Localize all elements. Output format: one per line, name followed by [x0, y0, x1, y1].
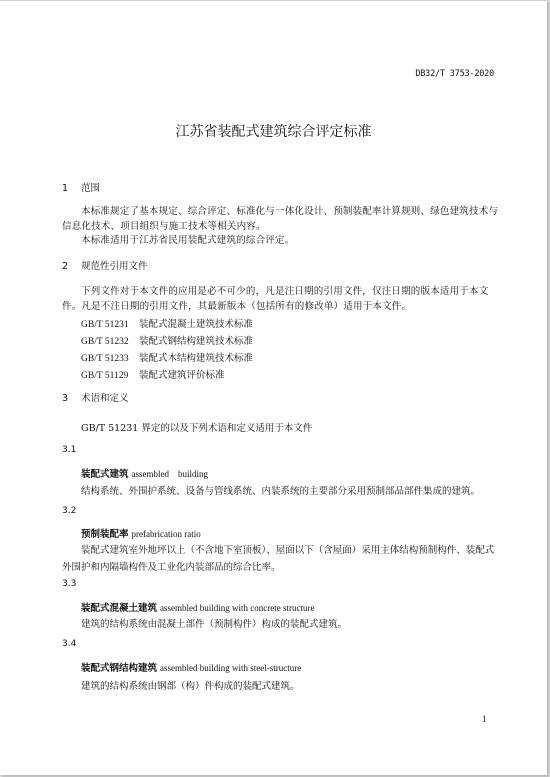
- term-en: assembled building with steel-structure: [160, 663, 301, 673]
- reference-code: GB/T 51232: [81, 337, 139, 347]
- reference-code: GB/T 51233: [81, 354, 139, 364]
- section-1-paragraph-1: 本标准规定了基本规定、综合评定、标准化与一体化设计、预制装配率计算规则、绿色建筑…: [62, 204, 502, 234]
- term-number: 3.1: [62, 445, 76, 455]
- standard-code: DB32/T 3753-2020: [415, 69, 494, 79]
- reference-code: GB/T 51231: [81, 320, 139, 330]
- section-1-paragraph-2: 本标准适用于江苏省民用装配式建筑的综合评定。: [62, 233, 502, 248]
- term-definition: 建筑的结构系统由混凝土部件（预制构件）构成的装配式建筑。: [62, 616, 502, 633]
- term-zh: 装配式建筑: [81, 469, 129, 480]
- term-heading: 装配式建筑assembled building: [81, 466, 208, 480]
- reference-item: GB/T 51233装配式木结构建筑技术标准: [81, 350, 253, 364]
- term-number: 3.2: [62, 506, 76, 516]
- term-definition: 建筑的结构系统由钢部（构）件构成的装配式建筑。: [62, 678, 502, 695]
- section-title: 术语和定义: [81, 393, 129, 404]
- section-number: 1: [62, 183, 81, 194]
- section-1-heading: 1范围: [62, 180, 100, 194]
- term-heading: 装配式钢结构建筑assembled building with steel-st…: [81, 660, 301, 674]
- term-definition: 装配式建筑室外地坪以上（不含地下室顶板）、屋面以下（含屋面）采用主体结构预制构件…: [62, 542, 502, 576]
- term-zh: 装配式混凝土建筑: [81, 603, 157, 614]
- reference-item: GB/T 51232装配式钢结构建筑技术标准: [81, 333, 253, 347]
- term-heading: 预制装配率prefabrication ratio: [81, 526, 201, 540]
- page-number: 1: [482, 714, 487, 724]
- section-2-paragraph-1: 下列文件对于本文件的应用是必不可少的，凡是注日期的引用文件，仅注日期的版本适用于…: [62, 284, 502, 314]
- term-en: prefabrication ratio: [132, 529, 201, 539]
- term-en: assembled building: [132, 469, 209, 479]
- section-2-heading: 2规范性引用文件: [62, 258, 148, 272]
- term-zh: 预制装配率: [81, 529, 129, 540]
- reference-name: 装配式混凝土建筑技术标准: [139, 319, 253, 330]
- term-definition: 结构系统、外围护系统、设备与管线系统、内装系统的主要部分采用预制部品部件集成的建…: [62, 483, 502, 500]
- term-number: 3.4: [62, 639, 76, 649]
- document-page: DB32/T 3753-2020 江苏省装配式建筑综合评定标准 1范围 本标准规…: [0, 0, 547, 775]
- reference-name: 装配式钢结构建筑技术标准: [139, 336, 253, 347]
- section-title: 范围: [81, 183, 100, 194]
- section-title: 规范性引用文件: [81, 261, 148, 272]
- section-3-intro: GB/T 51231 界定的以及下列术语和定义适用于本文件: [81, 420, 312, 434]
- reference-item: GB/T 51129装配式建筑评价标准: [81, 367, 225, 381]
- reference-name: 装配式木结构建筑技术标准: [139, 353, 253, 364]
- term-heading: 装配式混凝土建筑assembled building with concrete…: [81, 600, 314, 614]
- section-number: 3: [62, 393, 81, 404]
- term-en: assembled building with concrete structu…: [160, 603, 314, 613]
- section-3-heading: 3术语和定义: [62, 390, 129, 404]
- reference-item: GB/T 51231装配式混凝土建筑技术标准: [81, 316, 253, 330]
- section-number: 2: [62, 261, 81, 272]
- term-number: 3.3: [62, 579, 76, 589]
- term-zh: 装配式钢结构建筑: [81, 663, 157, 674]
- reference-name: 装配式建筑评价标准: [139, 370, 225, 381]
- reference-code: GB/T 51129: [81, 371, 139, 381]
- document-title: 江苏省装配式建筑综合评定标准: [0, 121, 547, 141]
